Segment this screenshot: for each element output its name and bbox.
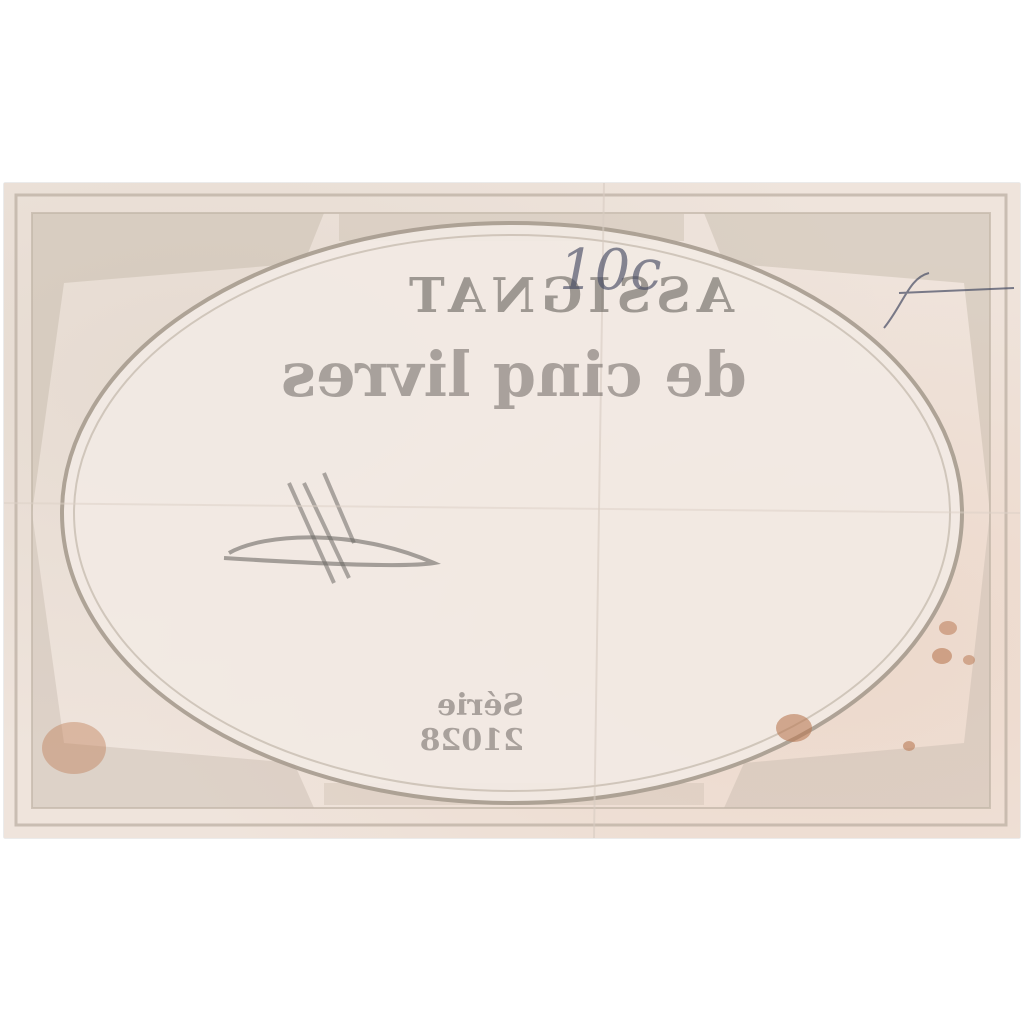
pencil-annotation: 10c (559, 238, 662, 303)
mirrored-denomination: de cinq livres (204, 338, 824, 411)
banknote: ASSIGNAT de cinq livres Série 21028 10c (4, 183, 1020, 838)
mirrored-series-number: Série 21028 (334, 688, 524, 758)
